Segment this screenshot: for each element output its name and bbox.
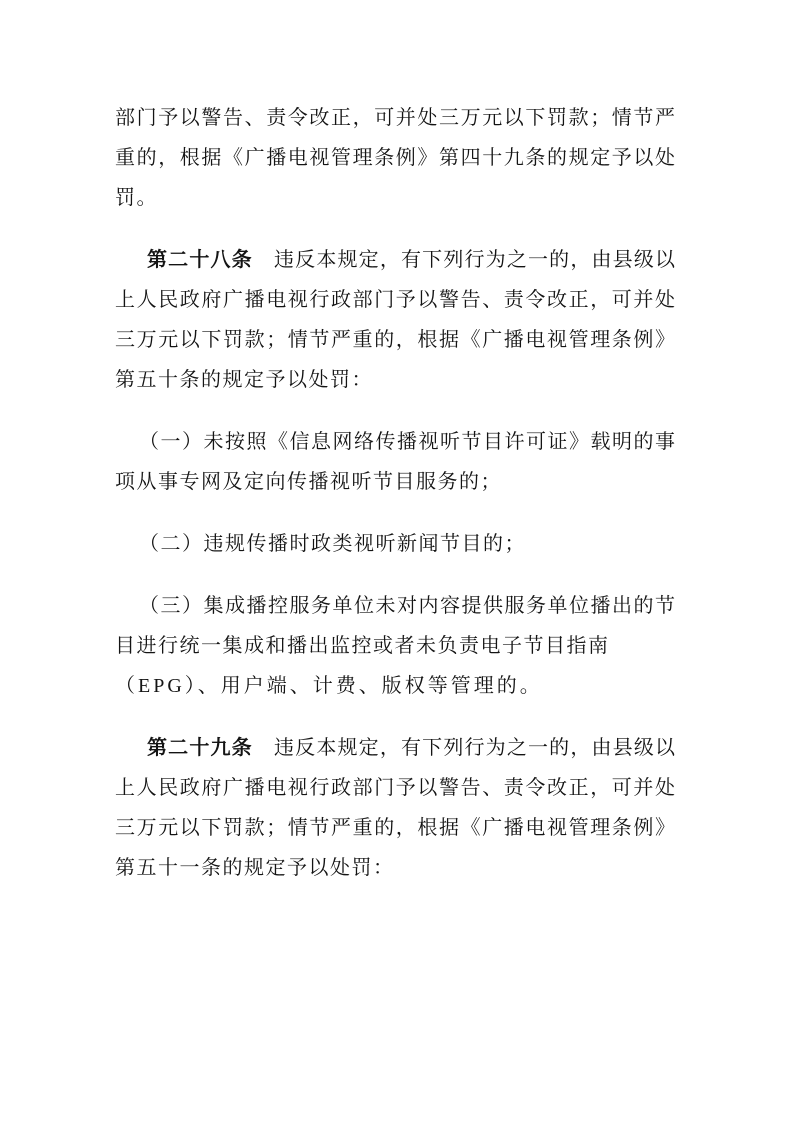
text-line: 部门予以警告、责令改正，可并处三万元以下罚款；情节严 bbox=[115, 98, 675, 138]
article-lead-text: 违反本规定，有下列行为之一的，由县级以 bbox=[253, 249, 675, 271]
text-line: （EPG）、用户端、计费、版权等管理的。 bbox=[115, 666, 675, 706]
article-lead-text: 违反本规定，有下列行为之一的，由县级以 bbox=[253, 737, 675, 759]
article-number: 第二十九条 bbox=[147, 737, 253, 759]
paragraph-article-29: 第二十九条 违反本规定，有下列行为之一的，由县级以 上人民政府广播电视行政部门予… bbox=[115, 728, 675, 888]
document-text: 部门予以警告、责令改正，可并处三万元以下罚款；情节严 重的，根据《广播电视管理条… bbox=[115, 98, 675, 888]
list-item-2: （二）违规传播时政类视听新闻节目的； bbox=[115, 524, 675, 564]
document-page: 部门予以警告、责令改正，可并处三万元以下罚款；情节严 重的，根据《广播电视管理条… bbox=[0, 0, 793, 1122]
paragraph-article-28: 第二十八条 违反本规定，有下列行为之一的，由县级以 上人民政府广播电视行政部门予… bbox=[115, 240, 675, 400]
article-number: 第二十八条 bbox=[147, 249, 253, 271]
text-line: （三）集成播控服务单位未对内容提供服务单位播出的节 bbox=[115, 586, 675, 626]
text-line: （二）违规传播时政类视听新闻节目的； bbox=[115, 524, 675, 564]
text-line: 项从事专网及定向传播视听节目服务的； bbox=[115, 462, 675, 502]
text-line: 第五十条的规定予以处罚： bbox=[115, 360, 675, 400]
text-line: 三万元以下罚款；情节严重的，根据《广播电视管理条例》 bbox=[115, 320, 675, 360]
text-line: 罚。 bbox=[115, 178, 675, 218]
text-line: 第二十八条 违反本规定，有下列行为之一的，由县级以 bbox=[115, 240, 675, 280]
text-line: 第二十九条 违反本规定，有下列行为之一的，由县级以 bbox=[115, 728, 675, 768]
text-line: （一）未按照《信息网络传播视听节目许可证》载明的事 bbox=[115, 422, 675, 462]
list-item-3: （三）集成播控服务单位未对内容提供服务单位播出的节 目进行统一集成和播出监控或者… bbox=[115, 586, 675, 706]
text-line: 三万元以下罚款；情节严重的，根据《广播电视管理条例》 bbox=[115, 808, 675, 848]
text-line: 第五十一条的规定予以处罚： bbox=[115, 848, 675, 888]
text-line: 上人民政府广播电视行政部门予以警告、责令改正，可并处 bbox=[115, 280, 675, 320]
text-line: 目进行统一集成和播出监控或者未负责电子节目指南 bbox=[115, 626, 675, 666]
text-line: 上人民政府广播电视行政部门予以警告、责令改正，可并处 bbox=[115, 768, 675, 808]
list-item-1: （一）未按照《信息网络传播视听节目许可证》载明的事 项从事专网及定向传播视听节目… bbox=[115, 422, 675, 502]
text-line: 重的，根据《广播电视管理条例》第四十九条的规定予以处 bbox=[115, 138, 675, 178]
paragraph-continuation: 部门予以警告、责令改正，可并处三万元以下罚款；情节严 重的，根据《广播电视管理条… bbox=[115, 98, 675, 218]
